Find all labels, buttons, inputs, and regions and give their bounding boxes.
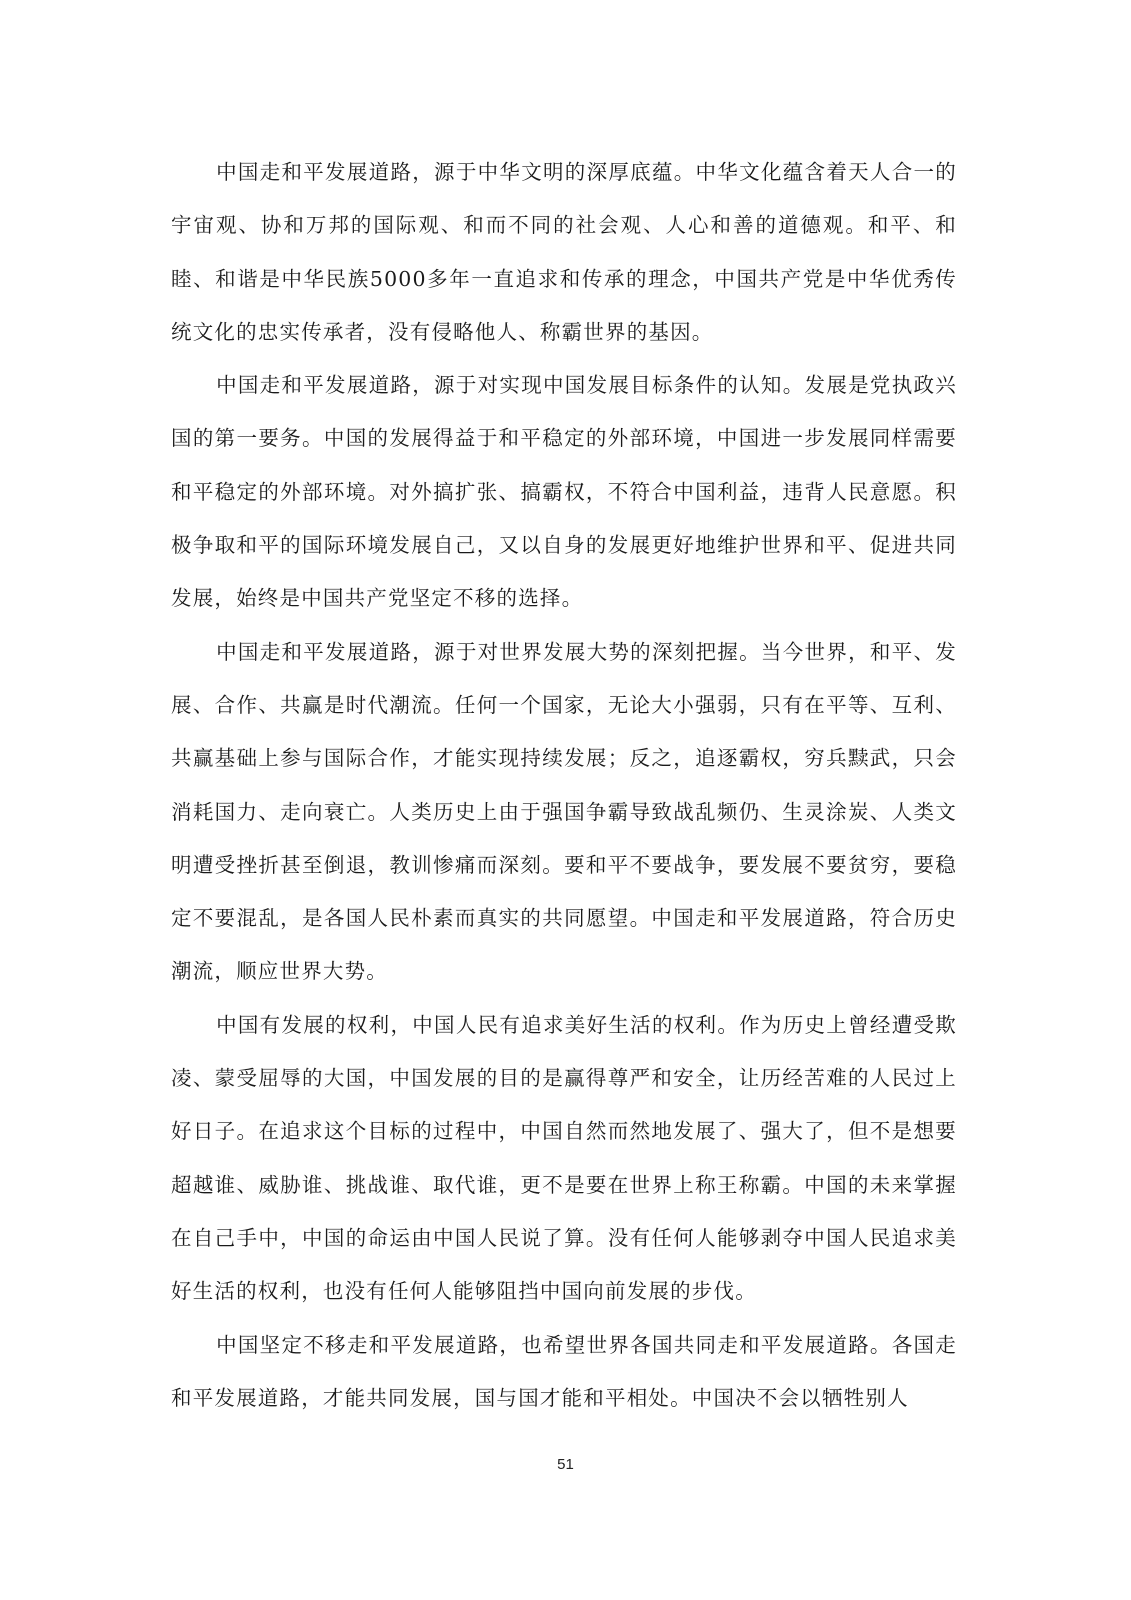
paragraph-4: 中国有发展的权利，中国人民有追求美好生活的权利。作为历史上曾经遭受欺凌、蒙受屈辱… — [171, 999, 957, 1319]
body-text: 中国走和平发展道路，源于中华文明的深厚底蕴。中华文化蕴含着天人合一的宇宙观、协和… — [171, 146, 957, 1425]
paragraph-1: 中国走和平发展道路，源于中华文明的深厚底蕴。中华文化蕴含着天人合一的宇宙观、协和… — [171, 146, 957, 359]
paragraph-5: 中国坚定不移走和平发展道路，也希望世界各国共同走和平发展道路。各国走和平发展道路… — [171, 1319, 957, 1426]
paragraph-3: 中国走和平发展道路，源于对世界发展大势的深刻把握。当今世界，和平、发展、合作、共… — [171, 626, 957, 999]
page-number: 51 — [0, 1456, 1131, 1473]
paragraph-2: 中国走和平发展道路，源于对实现中国发展目标条件的认知。发展是党执政兴国的第一要务… — [171, 359, 957, 625]
document-page: 中国走和平发展道路，源于中华文明的深厚底蕴。中华文化蕴含着天人合一的宇宙观、协和… — [0, 0, 1131, 1600]
